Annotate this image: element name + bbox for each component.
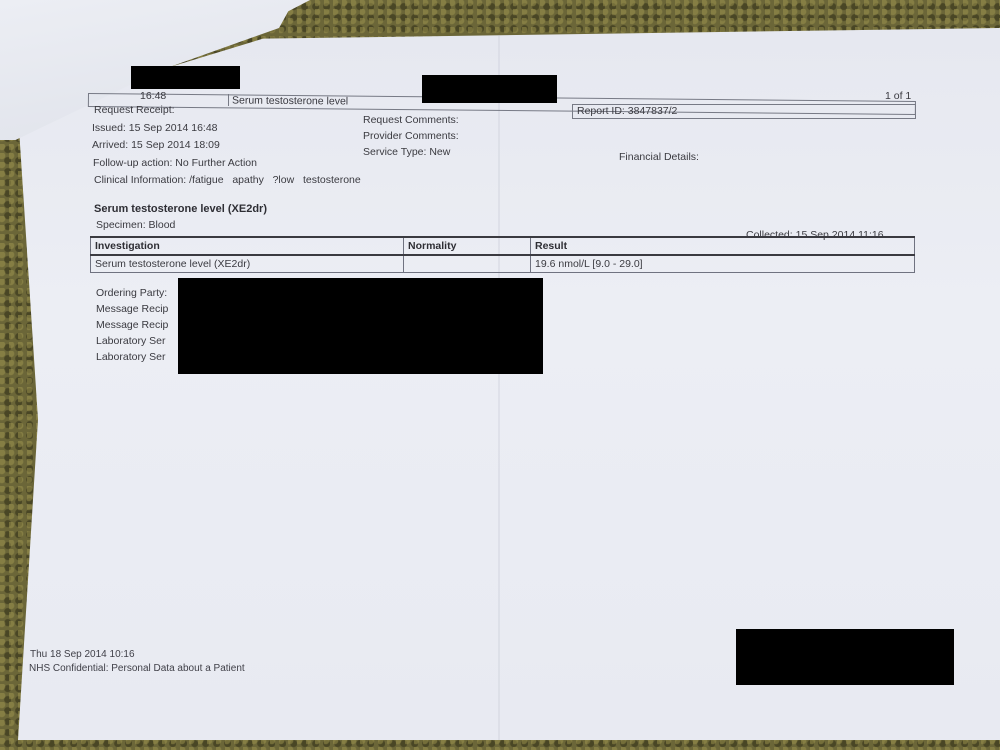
confidential-notice: NHS Confidential: Personal Data about a … bbox=[29, 663, 245, 674]
follow-up-action: Follow-up action: No Further Action bbox=[93, 157, 257, 169]
normality-cell bbox=[404, 255, 531, 273]
results-table: Investigation Normality Result Serum tes… bbox=[90, 236, 915, 273]
result-cell: 19.6 nmol/L [9.0 - 29.0] bbox=[531, 255, 915, 273]
redaction-footer bbox=[736, 629, 954, 685]
lab-report: 16:48 Serum testosterone level 1 of 1 Re… bbox=[0, 0, 1000, 750]
clinical-information: Clinical Information: /fatigue apathy ?l… bbox=[94, 174, 361, 186]
request-comments: Request Comments: bbox=[363, 114, 459, 126]
report-id: Report ID: 3847837/2 bbox=[577, 105, 677, 117]
investigation-cell: Serum testosterone level (XE2dr) bbox=[91, 255, 404, 273]
specimen: Specimen: Blood bbox=[96, 219, 175, 231]
page-indicator: 1 of 1 bbox=[885, 90, 911, 102]
ordering-party-label: Ordering Party: bbox=[96, 287, 167, 299]
arrived-date: Arrived: 15 Sep 2014 18:09 bbox=[92, 139, 220, 151]
redaction-patient-id bbox=[422, 75, 557, 103]
table-row: Serum testosterone level (XE2dr) 19.6 nm… bbox=[91, 255, 915, 273]
results-header-row: Investigation Normality Result bbox=[91, 237, 915, 255]
header-time: 16:48 bbox=[140, 90, 166, 102]
column-header-result: Result bbox=[531, 237, 915, 255]
printed-date: Thu 18 Sep 2014 10:16 bbox=[30, 649, 135, 660]
laboratory-service-label-2: Laboratory Ser bbox=[96, 351, 165, 363]
test-title: Serum testosterone level (XE2dr) bbox=[94, 203, 267, 215]
column-header-investigation: Investigation bbox=[91, 237, 404, 255]
laboratory-service-label: Laboratory Ser bbox=[96, 335, 165, 347]
redaction-parties bbox=[178, 278, 543, 374]
header-cell-divider bbox=[228, 94, 229, 106]
financial-details: Financial Details: bbox=[619, 151, 699, 163]
message-recipient-label: Message Recip bbox=[96, 303, 168, 315]
header-title: Serum testosterone level bbox=[232, 94, 348, 107]
issued-date: Issued: 15 Sep 2014 16:48 bbox=[92, 122, 218, 134]
service-type: Service Type: New bbox=[363, 146, 450, 158]
request-receipt-label: Request Receipt: bbox=[94, 104, 175, 116]
redaction-patient-name bbox=[131, 66, 240, 89]
message-recipient-label-2: Message Recip bbox=[96, 319, 168, 331]
provider-comments: Provider Comments: bbox=[363, 130, 459, 142]
column-header-normality: Normality bbox=[404, 237, 531, 255]
